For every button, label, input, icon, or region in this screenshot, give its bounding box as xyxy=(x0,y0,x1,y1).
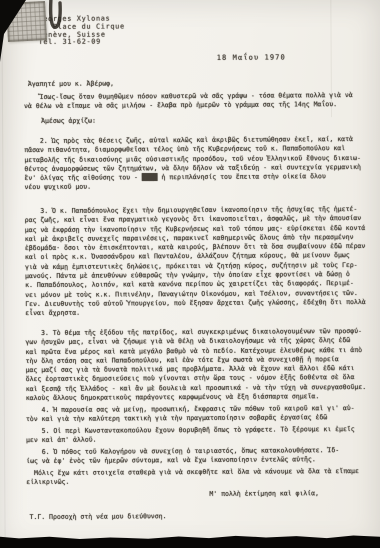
fold-line xyxy=(330,0,332,117)
letter-page: Georges Xylonas 4, Place du Cirque Genèv… xyxy=(0,0,380,548)
opener-line: Ἀμέσως ἀρχίζω: xyxy=(41,117,96,127)
paragraph-5: 5. Οἱ περὶ Κωνσταντακοπούλου ἔχουν θορυβ… xyxy=(26,425,355,446)
paragraph-3: 3. Ὁ κ. Παπαδόπουλος ἔχει τὴν δημιουργηθ… xyxy=(25,205,366,319)
paragraph-3b: 3. Τὸ θέμα τῆς ἐξόδου τῆς πατρίδος, καὶ … xyxy=(25,327,366,403)
pen-mark-icon xyxy=(44,0,68,34)
page-left-edge xyxy=(1,1,5,548)
paragraph-2: 2. Ὡς πρὸς τὰς θέσεις ζωῆς, αὐταὶ καλῶς … xyxy=(24,135,361,193)
paragraph-6: 6. Ὁ πόθος τοῦ Καλογήρου νὰ συνεχίσῃ ὁ τ… xyxy=(26,446,339,467)
postscript: Τ.Γ. Προσοχὴ στὴ νέα μου διεύθυνση. xyxy=(29,512,166,522)
paragraph-4: 4. Ἡ παρουσία σας νὰ μείνῃ, προσωπική, ἔ… xyxy=(26,404,355,425)
scanned-letter-photo: Georges Xylonas 4, Place du Cirque Genèv… xyxy=(0,0,380,548)
intro-paragraph: Ἴσως-ἴσως ὅταν θυμηθῶμεν πόσον καθυστερῶ… xyxy=(24,91,353,112)
closing-paragraph: Μόλις ἔχω κάτι στοιχεῖα σταθερὰ γιὰ νὰ σ… xyxy=(26,467,359,488)
letter-date: 18 Μαΐου 1970 xyxy=(217,53,286,63)
salutation: Ἀγαπητέ μου κ. Ἀβέρωφ, xyxy=(28,79,114,89)
signoff: Μ' πολλὴ ἐκτίμηση καὶ φιλία, xyxy=(209,489,319,499)
letterhead-phone: Tél. 31-62-09 xyxy=(39,39,101,47)
